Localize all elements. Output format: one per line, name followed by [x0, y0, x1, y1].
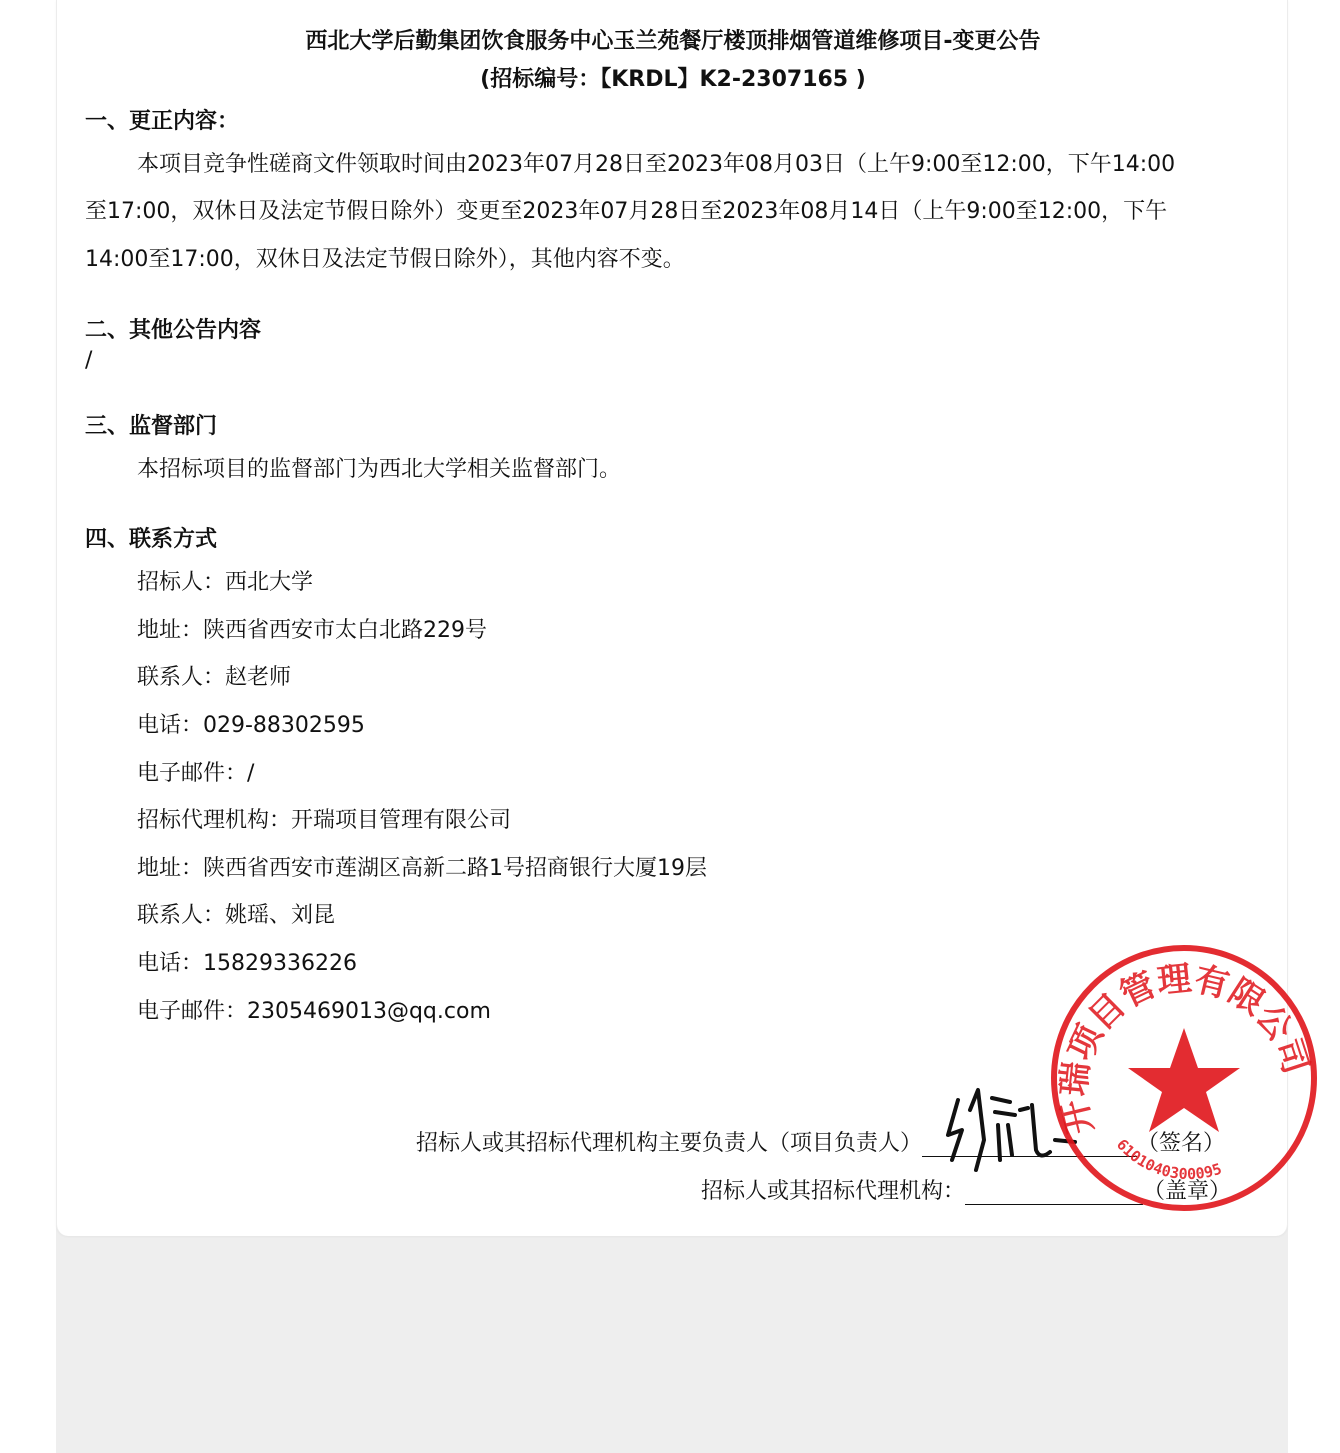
- contact-agency-phone: 电话：15829336226: [137, 946, 357, 977]
- supervision-text: 本招标项目的监督部门为西北大学相关监督部门。: [137, 452, 621, 483]
- contact-agency: 招标代理机构：开瑞项目管理有限公司: [137, 803, 511, 834]
- contact-tenderer-email: 电子邮件：/: [137, 756, 254, 787]
- section-heading-contact: 四、联系方式: [85, 522, 217, 553]
- contact-tenderer-phone: 电话：029-88302595: [137, 708, 365, 739]
- contact-tenderer-person: 联系人：赵老师: [137, 660, 291, 691]
- section-heading-supervision: 三、监督部门: [85, 409, 217, 440]
- corrections-line-2: 至17:00，双休日及法定节假日除外）变更至2023年07月28日至2023年0…: [85, 194, 1167, 225]
- svg-text:6101040300095: 6101040300095: [1113, 1136, 1224, 1184]
- page-background-area: [56, 1225, 1288, 1453]
- corrections-line-1: 本项目竞争性磋商文件领取时间由2023年07月28日至2023年08月03日（上…: [137, 147, 1175, 178]
- signature-label: 招标人或其招标代理机构主要负责人（项目负责人）: [416, 1131, 922, 1156]
- contact-tenderer: 招标人：西北大学: [137, 565, 313, 596]
- section-heading-corrections: 一、更正内容：: [85, 104, 239, 135]
- contact-agency-persons: 联系人：姚瑶、刘昆: [137, 898, 335, 929]
- tender-number: (招标编号：【KRDL】K2-2307165 ): [57, 62, 1289, 93]
- contact-agency-email: 电子邮件：2305469013@qq.com: [137, 994, 491, 1025]
- seal-number: 6101040300095: [1113, 1136, 1224, 1184]
- other-content: /: [85, 348, 92, 373]
- section-heading-other: 二、其他公告内容: [85, 313, 261, 344]
- seal-label: 招标人或其招标代理机构：: [701, 1179, 965, 1204]
- contact-agency-address: 地址：陕西省西安市莲湖区高新二路1号招商银行大厦19层: [137, 851, 707, 882]
- company-seal-icon: 开瑞项目管理有限公司 6101040300095: [1046, 940, 1322, 1216]
- corrections-line-3: 14:00至17:00，双休日及法定节假日除外），其他内容不变。: [85, 242, 685, 273]
- contact-tenderer-address: 地址：陕西省西安市太白北路229号: [137, 613, 487, 644]
- announcement-title: 西北大学后勤集团饮食服务中心玉兰苑餐厅楼顶排烟管道维修项目-变更公告: [57, 24, 1289, 55]
